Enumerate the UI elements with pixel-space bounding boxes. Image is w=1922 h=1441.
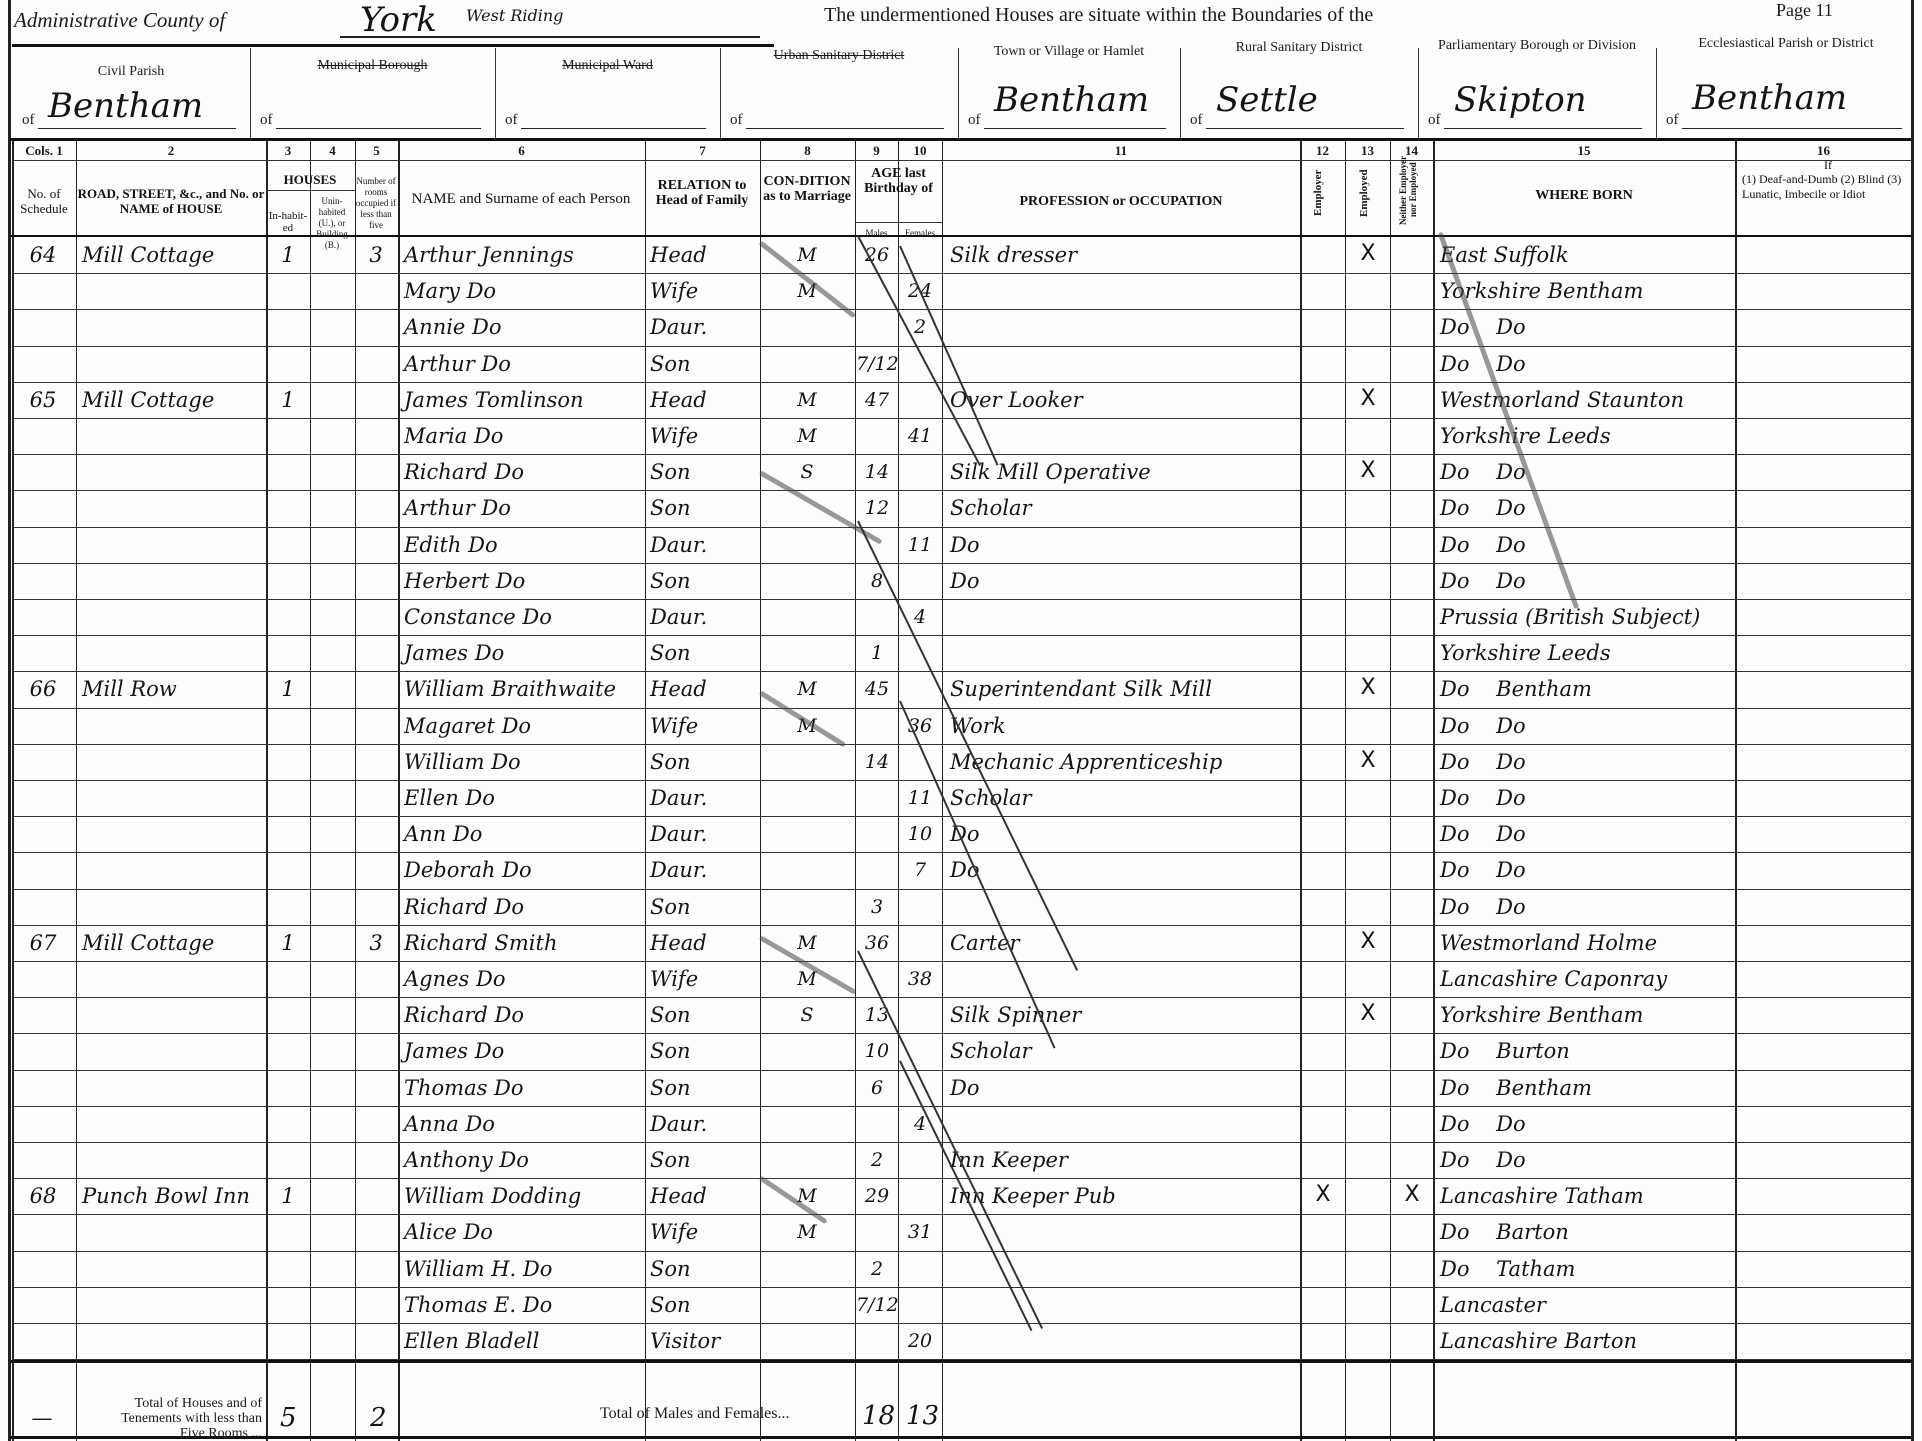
boundary-of: of — [260, 112, 273, 129]
boundary-label: Parliamentary Borough or Division — [1422, 38, 1652, 54]
relation-cell: Visitor — [650, 1323, 758, 1359]
person-name-cell: William Do — [404, 744, 644, 780]
column-number: 4 — [310, 143, 355, 159]
house-name-cell: Mill Row — [82, 671, 262, 707]
person-name-cell: Thomas Do — [404, 1070, 644, 1106]
house-name-cell: Mill Cottage — [82, 237, 262, 273]
occupation-cell: Do — [950, 527, 1300, 563]
where-born-cell: Do Do — [1440, 1142, 1735, 1178]
column-number: Cols. 1 — [12, 143, 76, 159]
occupation-cell: Superintendant Silk Mill — [950, 671, 1300, 707]
subheader-rule — [855, 222, 942, 223]
where-born-cell: Yorkshire Leeds — [1440, 635, 1735, 671]
boundary-value: Settle — [1216, 80, 1318, 120]
col16-if: If — [1740, 158, 1916, 173]
inhabited-cell: 1 — [270, 382, 306, 418]
where-born-cell: Do Do — [1440, 1106, 1735, 1142]
boundary-underline — [38, 128, 236, 129]
schedule-cell: 68 — [14, 1178, 72, 1214]
schedule-cell: 64 — [14, 237, 72, 273]
census-page: Administrative County of York West Ridin… — [0, 0, 1922, 1441]
boundary-of: of — [505, 112, 518, 129]
inhabited-cell: 1 — [270, 237, 306, 273]
boundary-underline — [1206, 128, 1404, 129]
person-name-cell: Magaret Do — [404, 708, 644, 744]
female-age-cell: 31 — [899, 1214, 941, 1250]
person-name-cell: Anna Do — [404, 1106, 644, 1142]
person-name-cell: William H. Do — [404, 1251, 644, 1287]
male-age-cell: 12 — [856, 490, 898, 526]
column-rule — [942, 140, 943, 1441]
column-rule — [645, 140, 646, 1441]
male-age-cell: 3 — [856, 889, 898, 925]
where-born-cell: Do Do — [1440, 852, 1735, 888]
occupation-cell: Inn Keeper — [950, 1142, 1300, 1178]
person-name-cell: Constance Do — [404, 599, 644, 635]
where-born-cell: Do Do — [1440, 527, 1735, 563]
column-number: 6 — [398, 143, 645, 159]
employed-cell: X — [1347, 1001, 1389, 1026]
female-age-cell: 11 — [899, 527, 941, 563]
relation-cell: Wife — [650, 1214, 758, 1250]
person-name-cell: Alice Do — [404, 1214, 644, 1250]
relation-cell: Son — [650, 1251, 758, 1287]
house-name-cell: Mill Cottage — [82, 382, 262, 418]
where-born-cell: Westmorland Staunton — [1440, 382, 1735, 418]
relation-cell: Head — [650, 925, 758, 961]
boundary-value: Bentham — [48, 86, 203, 126]
persons-total-label: Total of Males and Females... — [600, 1405, 790, 1423]
col10-header: Females — [898, 226, 942, 241]
relation-cell: Head — [650, 382, 758, 418]
schedule-cell: 66 — [14, 671, 72, 707]
relation-cell: Son — [650, 454, 758, 490]
column-rule — [760, 140, 761, 1441]
column-rule — [12, 140, 14, 1441]
occupation-cell: Scholar — [950, 1033, 1300, 1069]
column-rule — [1433, 140, 1435, 1441]
female-age-cell: 20 — [899, 1323, 941, 1359]
condition-cell: M — [762, 1214, 852, 1250]
inhabited-cell: 1 — [270, 925, 306, 961]
column-number: 15 — [1433, 143, 1735, 159]
column-rule — [1390, 140, 1391, 1441]
where-born-cell: Do Do — [1440, 780, 1735, 816]
male-age-cell: 2 — [856, 1251, 898, 1287]
where-born-cell: East Suffolk — [1440, 237, 1735, 273]
relation-cell: Daur. — [650, 309, 758, 345]
person-name-cell: William Braithwaite — [404, 671, 644, 707]
relation-cell: Daur. — [650, 816, 758, 852]
boundary-underline — [521, 128, 706, 129]
schedule-cell: 65 — [14, 382, 72, 418]
boundary-separator — [720, 48, 721, 140]
relation-cell: Head — [650, 237, 758, 273]
condition-cell: M — [762, 418, 852, 454]
col15-header: WHERE BORN — [1433, 188, 1735, 203]
boundary-of: of — [1666, 112, 1679, 129]
age-header: AGE last Birthday of — [855, 166, 942, 196]
boundary-separator — [1418, 48, 1419, 140]
where-born-cell: Do Bentham — [1440, 1070, 1735, 1106]
relation-cell: Wife — [650, 708, 758, 744]
person-name-cell: Deborah Do — [404, 852, 644, 888]
where-born-cell: Lancaster — [1440, 1287, 1735, 1323]
where-born-cell: Yorkshire Leeds — [1440, 418, 1735, 454]
boundary-underline — [1444, 128, 1642, 129]
person-name-cell: James Do — [404, 1033, 644, 1069]
col6-header: NAME and Surname of each Person — [398, 192, 644, 207]
boundary-label: Urban Sanitary District — [724, 48, 954, 64]
houses-total-rooms: 2 — [370, 1400, 387, 1436]
where-born-cell: Do Burton — [1440, 1033, 1735, 1069]
relation-cell: Son — [650, 1070, 758, 1106]
person-name-cell: Ann Do — [404, 816, 644, 852]
female-age-cell: 41 — [899, 418, 941, 454]
male-age-cell: 2 — [856, 1142, 898, 1178]
column-rule — [398, 140, 400, 1441]
occupation-cell: Do — [950, 852, 1300, 888]
where-born-cell: Do Bentham — [1440, 671, 1735, 707]
boundary-label: Civil Parish — [16, 64, 246, 80]
person-name-cell: James Do — [404, 635, 644, 671]
colnum-rule — [12, 160, 1912, 161]
relation-cell: Son — [650, 490, 758, 526]
rooms-cell: 3 — [357, 237, 395, 273]
male-age-cell: 1 — [856, 635, 898, 671]
boundary-separator — [495, 48, 496, 140]
boundary-separator — [1656, 48, 1657, 140]
header-rule — [10, 138, 1912, 141]
house-name-cell: Punch Bowl Inn — [82, 1178, 262, 1214]
boundary-value: Skipton — [1454, 80, 1587, 120]
employed-cell: X — [1347, 458, 1389, 483]
person-name-cell: William Dodding — [404, 1178, 644, 1214]
occupation-cell: Scholar — [950, 490, 1300, 526]
person-name-cell: Arthur Do — [404, 346, 644, 382]
occupation-cell: Mechanic Apprenticeship — [950, 744, 1300, 780]
person-name-cell: Richard Do — [404, 889, 644, 925]
boundary-label: Rural Sanitary District — [1184, 40, 1414, 56]
where-born-cell: Do Do — [1440, 816, 1735, 852]
person-name-cell: Arthur Do — [404, 490, 644, 526]
boundary-underline — [276, 128, 481, 129]
boundary-separator — [1180, 48, 1181, 140]
houses-total-label: Total of Houses and of Tenements with le… — [112, 1396, 262, 1441]
boundary-label: Town or Village or Hamlet — [962, 44, 1176, 60]
schedule-cell: 67 — [14, 925, 72, 961]
column-rule — [310, 140, 311, 1441]
person-name-cell: Richard Do — [404, 997, 644, 1033]
boundary-separator — [250, 48, 251, 140]
occupation-cell: Silk Mill Operative — [950, 454, 1300, 490]
totals-rule — [10, 1360, 1912, 1363]
relation-cell: Daur. — [650, 1106, 758, 1142]
boundary-of: of — [968, 112, 981, 129]
admin-county-rule — [12, 44, 774, 47]
male-age-cell: 47 — [856, 382, 898, 418]
male-age-cell: 6 — [856, 1070, 898, 1106]
female-age-cell: 11 — [899, 780, 941, 816]
page-number: Page 11 — [1776, 0, 1833, 21]
employed-cell: X — [1347, 929, 1389, 954]
person-name-cell: Herbert Do — [404, 563, 644, 599]
rooms-cell: 3 — [357, 925, 395, 961]
total-males: 18 — [862, 1398, 895, 1434]
occupation-cell: Do — [950, 563, 1300, 599]
relation-cell: Daur. — [650, 780, 758, 816]
col5-header: Number of rooms occupied if less than fi… — [355, 176, 397, 231]
male-age-cell: 14 — [856, 744, 898, 780]
column-number: 3 — [266, 143, 310, 159]
where-born-cell: Do Do — [1440, 889, 1735, 925]
admin-county-value: York — [360, 0, 437, 40]
column-rule — [266, 140, 268, 1441]
boundary-underline — [746, 128, 944, 129]
neither-cell: X — [1392, 1182, 1432, 1207]
relation-cell: Wife — [650, 961, 758, 997]
houses-total-inhabited: 5 — [280, 1400, 297, 1436]
occupation-cell: Work — [950, 708, 1300, 744]
employed-cell: X — [1347, 241, 1389, 266]
total-females: 13 — [906, 1398, 939, 1434]
person-name-cell: Thomas E. Do — [404, 1287, 644, 1323]
where-born-cell: Do Tatham — [1440, 1251, 1735, 1287]
column-number: 16 — [1735, 143, 1912, 159]
male-age-cell: 13 — [856, 997, 898, 1033]
boundary-of: of — [730, 112, 743, 129]
relation-cell: Son — [650, 744, 758, 780]
column-rule — [1345, 140, 1346, 1441]
col4-header: Unin-habited (U.), or Building (B.) — [310, 196, 354, 251]
male-age-cell: 7/12 — [856, 346, 898, 382]
boundary-separator — [958, 48, 959, 140]
person-name-cell: James Tomlinson — [404, 382, 644, 418]
condition-cell: S — [762, 997, 852, 1033]
relation-cell: Head — [650, 1178, 758, 1214]
column-number: 10 — [898, 143, 942, 159]
male-age-cell: 45 — [856, 671, 898, 707]
col8-header: CON-DITION as to Marriage — [760, 174, 854, 204]
occupation-cell: Inn Keeper Pub — [950, 1178, 1300, 1214]
column-rule — [76, 140, 77, 1441]
relation-cell: Son — [650, 1287, 758, 1323]
boundary-of: of — [1428, 112, 1441, 129]
column-number: 8 — [760, 143, 855, 159]
col14-header: Neither Employer nor Employed — [1398, 152, 1418, 228]
houses-header: HOUSES — [266, 172, 354, 187]
male-age-cell: 36 — [856, 925, 898, 961]
where-born-cell: Do Do — [1440, 563, 1735, 599]
relation-cell: Son — [650, 635, 758, 671]
person-name-cell: Maria Do — [404, 418, 644, 454]
where-born-cell: Lancashire Barton — [1440, 1323, 1735, 1359]
female-age-cell: 10 — [899, 816, 941, 852]
where-born-cell: Westmorland Holme — [1440, 925, 1735, 961]
column-rule — [1735, 140, 1737, 1441]
relation-cell: Son — [650, 346, 758, 382]
relation-cell: Head — [650, 671, 758, 707]
admin-county-underline — [340, 36, 760, 38]
employer-cell: X — [1302, 1182, 1344, 1207]
where-born-cell: Lancashire Tatham — [1440, 1178, 1735, 1214]
male-age-cell: 10 — [856, 1033, 898, 1069]
relation-cell: Son — [650, 889, 758, 925]
boundary-underline — [984, 128, 1166, 129]
boundary-of: of — [22, 112, 35, 129]
column-rule — [1300, 140, 1302, 1441]
occupation-cell: Do — [950, 1070, 1300, 1106]
person-name-cell: Edith Do — [404, 527, 644, 563]
female-age-cell: 7 — [899, 852, 941, 888]
col11-header: PROFESSION or OCCUPATION — [942, 194, 1300, 209]
column-number: 13 — [1345, 143, 1390, 159]
column-number: 5 — [355, 143, 398, 159]
col16-header: (1) Deaf-and-Dumb (2) Blind (3) Lunatic,… — [1742, 172, 1918, 202]
person-name-cell: Anthony Do — [404, 1142, 644, 1178]
inhabited-cell: 1 — [270, 671, 306, 707]
relation-cell: Son — [650, 997, 758, 1033]
column-rule — [855, 140, 856, 1441]
boundary-value: Bentham — [994, 80, 1149, 120]
column-rule — [355, 140, 356, 1441]
where-born-cell: Do Do — [1440, 708, 1735, 744]
where-born-cell: Do Do — [1440, 490, 1735, 526]
occupation-cell: Silk Spinner — [950, 997, 1300, 1033]
inhabited-cell: 1 — [270, 1178, 306, 1214]
column-number: 2 — [76, 143, 266, 159]
where-born-cell: Lancashire Caponray — [1440, 961, 1735, 997]
admin-county-label: Administrative County of — [14, 8, 225, 33]
person-name-cell: Richard Smith — [404, 925, 644, 961]
occupation-cell: Scholar — [950, 780, 1300, 816]
column-number: 7 — [645, 143, 760, 159]
column-rule — [1912, 140, 1914, 1441]
boundary-label: Ecclesiastical Parish or District — [1660, 36, 1912, 52]
occupation-cell: Silk dresser — [950, 237, 1300, 273]
person-name-cell: Ellen Do — [404, 780, 644, 816]
column-number: 9 — [855, 143, 898, 159]
female-age-cell: 38 — [899, 961, 941, 997]
male-age-cell: 7/12 — [856, 1287, 898, 1323]
where-born-cell: Do Do — [1440, 309, 1735, 345]
col12-header: Employer — [1312, 158, 1324, 228]
where-born-cell: Do Do — [1440, 744, 1735, 780]
col7-header: RELATION to Head of Family — [645, 178, 759, 208]
intro-text: The undermentioned Houses are situate wi… — [824, 4, 1373, 27]
column-number: 11 — [942, 143, 1300, 159]
person-name-cell: Agnes Do — [404, 961, 644, 997]
subheader-rule — [266, 190, 355, 191]
relation-cell: Daur. — [650, 852, 758, 888]
person-name-cell: Arthur Jennings — [404, 237, 644, 273]
relation-cell: Son — [650, 1142, 758, 1178]
boundary-of: of — [1190, 112, 1203, 129]
relation-cell: Wife — [650, 418, 758, 454]
admin-county-note: West Riding — [466, 6, 563, 25]
totals-dash: — — [12, 1400, 72, 1436]
boundary-label: Municipal Ward — [499, 58, 716, 74]
condition-cell: M — [762, 382, 852, 418]
where-born-cell: Do Do — [1440, 454, 1735, 490]
where-born-cell: Yorkshire Bentham — [1440, 997, 1735, 1033]
where-born-cell: Yorkshire Bentham — [1440, 273, 1735, 309]
relation-cell: Wife — [650, 273, 758, 309]
house-name-cell: Mill Cottage — [82, 925, 262, 961]
relation-cell: Son — [650, 563, 758, 599]
employed-cell: X — [1347, 748, 1389, 773]
bottom-rule — [10, 1436, 1912, 1439]
male-age-cell: 29 — [856, 1178, 898, 1214]
employed-cell: X — [1347, 675, 1389, 700]
where-born-cell: Do Barton — [1440, 1214, 1735, 1250]
col2-header: ROAD, STREET, &c., and No. or NAME of HO… — [76, 186, 266, 216]
col1-header: No. of Schedule — [12, 186, 76, 216]
page-border-left — [8, 0, 11, 1441]
col3-header: In-habit-ed — [266, 210, 310, 234]
relation-cell: Daur. — [650, 599, 758, 635]
person-name-cell: Mary Do — [404, 273, 644, 309]
person-name-cell: Ellen Bladell — [404, 1323, 644, 1359]
where-born-cell: Prussia (British Subject) — [1440, 599, 1735, 635]
male-age-cell: 14 — [856, 454, 898, 490]
col13-header: Employed — [1358, 158, 1370, 228]
relation-cell: Daur. — [650, 527, 758, 563]
person-name-cell: Annie Do — [404, 309, 644, 345]
occupation-cell: Over Looker — [950, 382, 1300, 418]
boundary-underline — [1682, 128, 1902, 129]
employed-cell: X — [1347, 386, 1389, 411]
boundary-value: Bentham — [1692, 78, 1847, 118]
column-number: 12 — [1300, 143, 1345, 159]
boundary-label: Municipal Borough — [254, 58, 491, 74]
relation-cell: Son — [650, 1033, 758, 1069]
person-name-cell: Richard Do — [404, 454, 644, 490]
